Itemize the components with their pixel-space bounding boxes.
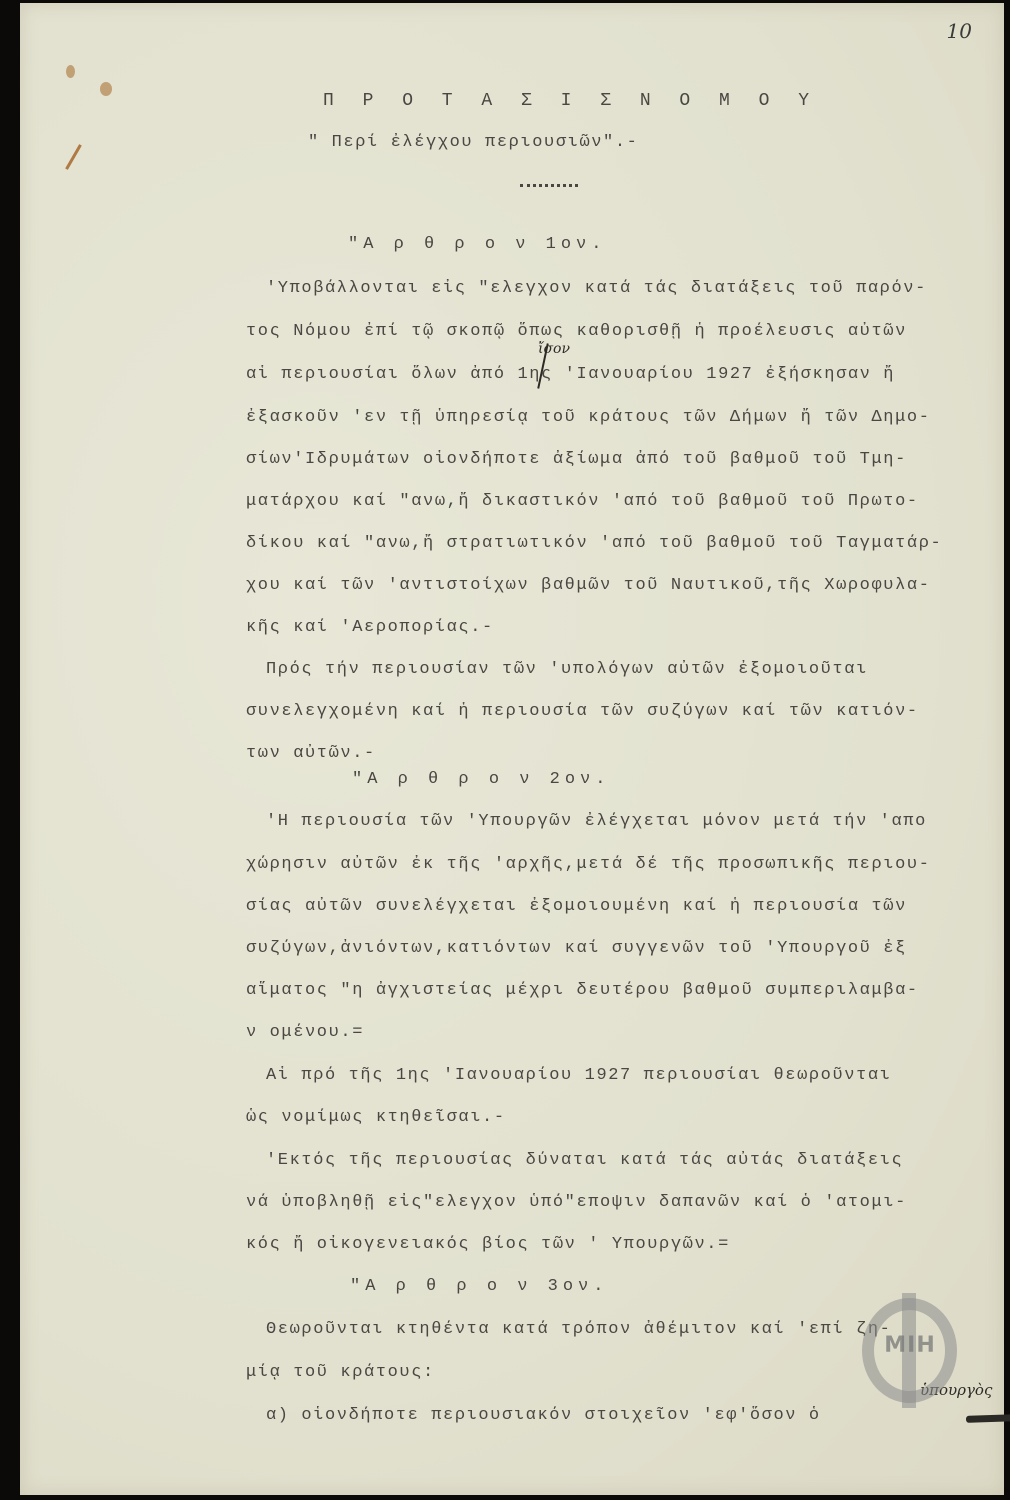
rust-stain: [66, 65, 75, 78]
document-title: Π Ρ Ο Τ Α Σ Ι Σ Ν Ο Μ Ο Υ: [323, 91, 818, 111]
archive-stamp-text: ΜΙΗ: [872, 1333, 948, 1358]
article-1-line: αἱ περιουσίαι ὅλων ἀπό 1ης 'Ιανουαρίου 1…: [246, 365, 895, 384]
document-page: 10 Π Ρ Ο Τ Α Σ Ι Σ Ν Ο Μ Ο Υ " Περί ἐλέγ…: [20, 3, 1004, 1495]
article-2-line: 'Η περιουσία τῶν 'Υπουργῶν ἐλέγχεται μόν…: [266, 812, 927, 831]
article-1-line: συνελεγχομένη καί ἡ περιουσία τῶν συζύγω…: [246, 702, 919, 721]
article-3-line: μίᾳ τοῦ κράτους:: [246, 1363, 435, 1382]
strikethrough-mark: [966, 1414, 1010, 1423]
article-2-line: Αἱ πρό τῆς 1ης 'Ιανουαρίου 1927 περιουσί…: [266, 1066, 892, 1085]
article-1-line: των αὐτῶν.-: [246, 744, 376, 763]
article-1-line: τος Νόμου ἐπί τῷ σκοπῷ ὅπως καθορισθῇ ἡ …: [246, 322, 907, 341]
article-2-heading: "Α ρ θ ρ ο ν 2ον.: [352, 770, 610, 789]
article-2-line: κός ἤ οἰκογενειακός βίος τῶν ' Υπουργῶν.…: [246, 1235, 730, 1254]
article-1-line: κῆς καί 'Αεροπορίας.-: [246, 618, 494, 637]
article-3-heading: "Α ρ θ ρ ο ν 3ον.: [350, 1277, 608, 1296]
article-2-line: ν ομένου.=: [246, 1023, 364, 1042]
handwritten-insert: ἴσον: [538, 341, 570, 357]
article-2-line: 'Εκτός τῆς περιουσίας δύναται κατά τάς α…: [266, 1151, 903, 1170]
rust-stain: [100, 82, 112, 96]
page-number: 10: [947, 19, 972, 43]
article-1-line: ἐξασκοῦν 'εν τῇ ὑπηρεσίᾳ τοῦ κράτους τῶν…: [246, 408, 931, 427]
article-1-line: ματάρχου καί "ανω,ἤ δικαστικόν 'από τοῦ …: [246, 492, 919, 511]
article-1-line: Πρός τήν περιουσίαν τῶν 'υπολόγων αὐτῶν …: [266, 660, 868, 679]
pin-mark: [65, 144, 82, 170]
article-2-line: νά ὑποβληθῇ εἰς"ελεγχον ὑπό"εποψιν δαπαν…: [246, 1193, 907, 1212]
article-1-line: σίων'Ιδρυμάτων οἱονδήποτε ἀξίωμα ἀπό τοῦ…: [246, 450, 907, 469]
article-1-line: 'Υποβάλλονται εἰς "ελεγχον κατά τάς διατ…: [266, 279, 927, 298]
title-separator: [520, 184, 578, 187]
article-2-line: χώρησιν αὐτῶν ἐκ τῆς 'αρχῆς,μετά δέ τῆς …: [246, 855, 931, 874]
article-1-heading: "Α ρ θ ρ ο ν 1ον.: [348, 235, 606, 254]
article-2-line: σίας αὐτῶν συνελέγχεται ἐξομοιουμένη καί…: [246, 897, 907, 916]
article-2-line: αἵματος "η ἀγχιστείας μέχρι δευτέρου βαθ…: [246, 981, 919, 1000]
document-subtitle: " Περί ἐλέγχου περιουσιῶν".-: [308, 133, 638, 152]
article-2-line: ὡς νομίμως κτηθεῖσαι.-: [246, 1108, 506, 1127]
article-2-line: συζύγων,ἀνιόντων,κατιόντων καί συγγενῶν …: [246, 939, 907, 958]
article-1-line: δίκου καί "ανω,ἤ στρατιωτικόν 'από τοῦ β…: [246, 534, 942, 553]
article-3-line: Θεωροῦνται κτηθέντα κατά τρόπον ἀθέμιτον…: [266, 1320, 892, 1339]
article-1-line: χου καί τῶν 'αντιστοίχων βαθμῶν τοῦ Ναυτ…: [246, 576, 931, 595]
article-3-line: α) οἱονδήποτε περιουσιακόν στοιχεῖον 'εφ…: [266, 1406, 821, 1425]
